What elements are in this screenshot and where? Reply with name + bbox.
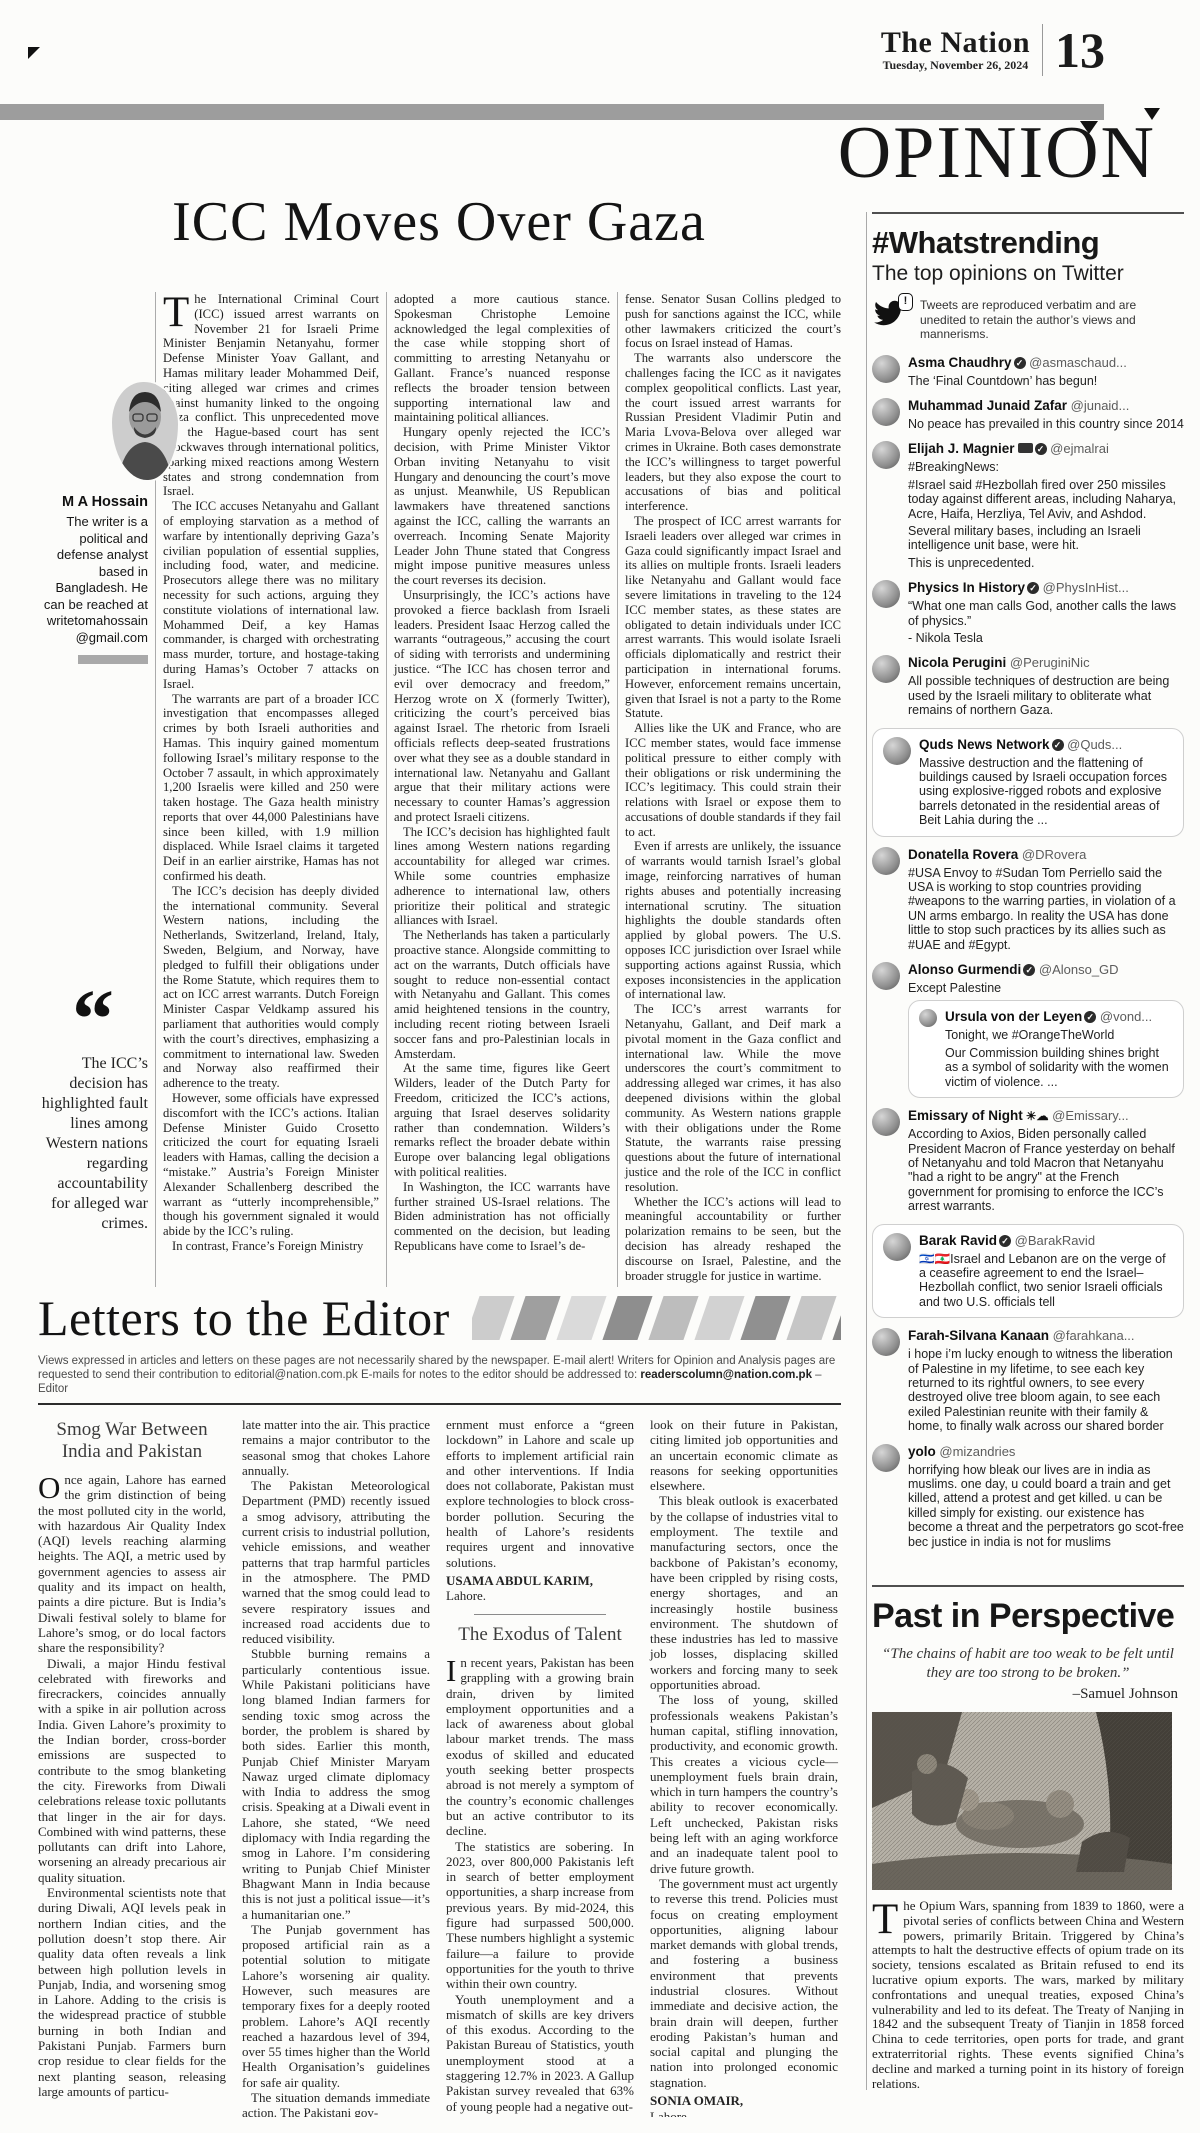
author-bio: The writer is a political and defense an… [38,514,148,646]
verified-icon: ✓ [1023,964,1035,976]
tweet-author-name: Emissary of Night [908,1108,1023,1123]
tweet-handle: @Emissary... [1049,1108,1129,1123]
stripe-decoration [740,1296,790,1340]
tweet-author: Physics In History✓ @PhysInHist... [908,580,1184,596]
verified-icon: ✓ [1084,1011,1096,1023]
tweet-body: Farah-Silvana Kanaan @farahkana...i hope… [908,1328,1184,1433]
tweet-handle: @PeruginiNic [1006,655,1089,670]
letter-paragraph: The Pakistan Meteorological Department (… [242,1478,430,1646]
letters-section: Letters to the Editor Views expressed in… [38,1290,841,2117]
tweet: Elijah J. Magnier✓ @ejmalrai#BreakingNew… [872,441,1184,570]
letters-column: late matter into the air. This practice … [242,1417,430,2117]
column-divider [386,292,387,1287]
tweet-author-name: Barak Ravid [919,1233,997,1248]
tweet-author: Muhammad Junaid Zafar @junaid... [908,398,1184,414]
signature-place: Lahore. [650,2109,690,2117]
stripe-decoration [648,1296,698,1340]
tweet-handle: @junaid... [1067,398,1129,413]
drop-cap: T [872,1899,903,1938]
stripe-decoration [694,1296,744,1340]
exclamation-bubble-icon: ! [898,293,913,311]
author-portrait-illustration [112,382,178,480]
tweet-author-name: Donatella Rovera [908,847,1018,862]
section-title-text: OPINION [838,112,1156,194]
tweet-text: According to Axios, Biden personally cal… [908,1127,1184,1213]
article-paragraph: The warrants are part of a broader ICC i… [163,692,379,884]
letter-paragraph: In recent years, Pakistan has been grapp… [446,1655,634,1839]
tweet-author-name: Quds News Network [919,737,1050,752]
tweet-author: Elijah J. Magnier✓ @ejmalrai [908,441,1184,457]
letters-title: Letters to the Editor [38,1290,450,1346]
historical-illustration [872,1712,1172,1890]
tweet-author-name: Asma Chaudhry [908,355,1012,370]
tweet-text: Our Commission building shines bright as… [945,1046,1173,1089]
tweet-author: Donatella Rovera @DRovera [908,847,1184,863]
tweet-card: Barak Ravid✓ @BarakRavid🇮🇱🇱🇧Israel and L… [872,1224,1184,1319]
tweet-body: Donatella Rovera @DRovera#USA Envoy to #… [908,847,1184,952]
quoted-tweet: Ursula von der Leyen✓ @vond...Tonight, w… [919,1009,1173,1089]
letter-paragraph: The Punjab government has proposed artif… [242,1922,430,2090]
tweet-text: Several military bases, including an Isr… [908,524,1184,553]
tweet-author: Alonso Gurmendi✓ @Alonso_GD [908,962,1184,978]
whatstrending-title: #Whatstrending [872,226,1184,260]
tweet-text: #Israel said #Hezbollah fired over 250 m… [908,478,1184,521]
signature-place: Lahore. [446,1588,486,1603]
letter-paragraph: look on their future in Pakistan, citing… [650,1417,838,1493]
avatar [872,355,900,383]
letter-paragraph: The government must act urgently to reve… [650,1876,838,2090]
tweet-body: Physics In History✓ @PhysInHist...“What … [908,580,1184,645]
paper-name: The Nation [881,28,1030,58]
tweet-author: Farah-Silvana Kanaan @farahkana... [908,1328,1184,1344]
article-paragraph: fense. Senator Susan Collins pledged to … [625,292,841,351]
article-paragraph: Even if arrests are unlikely, the issuan… [625,839,841,1002]
film-camera-icon [1018,443,1033,453]
author-column: M A Hossain The writer is a political an… [38,292,148,1287]
letters-column: ernment must enforce a “green lockdown” … [446,1417,634,2117]
tweet-text: The ‘Final Countdown’ has begun! [908,374,1184,388]
article-paragraph: Whether the ICC’s actions will lead to m… [625,1195,841,1284]
article-paragraph: The ICC’s decision has highlighted fault… [394,825,610,929]
tweet-body: Quds News Network✓ @Quds...Massive destr… [919,737,1173,828]
article-paragraph: The ICC accuses Netanyahu and Gallant of… [163,499,379,691]
tweet-text: - Nikola Tesla [908,631,1184,645]
weather-icons: ☀☁ [1026,1109,1049,1123]
letters-disclaimer: Views expressed in articles and letters … [38,1354,841,1396]
avatar [872,441,900,469]
article-paragraph: In Washington, the ICC warrants have fur… [394,1180,610,1254]
letter-title: The Exodus of Talent [454,1624,626,1646]
tweet: Nicola Perugini @PeruginiNicAll possible… [872,655,1184,717]
tweet-text: i hope i’m lucky enough to witness the l… [908,1347,1184,1433]
tweet-author-name: Muhammad Junaid Zafar [908,398,1067,413]
article-paragraph: The International Criminal Court (ICC) i… [163,292,379,499]
tweet: Farah-Silvana Kanaan @farahkana...i hope… [872,1328,1184,1433]
avatar [872,847,900,875]
tweet-author: Ursula von der Leyen✓ @vond... [945,1009,1173,1025]
author-photo [112,382,178,480]
tweet-card: Quds News Network✓ @Quds...Massive destr… [872,728,1184,837]
tweet: Muhammad Junaid Zafar @junaid...No peace… [872,398,1184,431]
tweet-author: Quds News Network✓ @Quds... [919,737,1173,753]
article-columns: The International Criminal Court (ICC) i… [163,292,841,1287]
avatar [883,1233,911,1261]
article-paragraph: Hungary openly rejected the ICC’s decisi… [394,425,610,588]
article-paragraph: The ICC’s decision has deeply divided th… [163,884,379,1091]
tweet-handle: @ejmalrai [1047,441,1109,456]
article-paragraph: In contrast, France’s Foreign Ministry [163,1239,379,1254]
past-in-perspective-section: Past in Perspective “The chains of habit… [872,1585,1184,2091]
perspective-body: The Opium Wars, spanning from 1839 to 18… [872,1899,1184,2091]
quote-icon: “ [38,994,148,1046]
letter-paragraph: Stubble burning remains a particularly c… [242,1646,430,1921]
tweet-body: Muhammad Junaid Zafar @junaid...No peace… [908,398,1184,431]
article-paragraph: The warrants also underscore the challen… [625,351,841,514]
avatar [872,962,900,990]
newspaper-page: The Nation Tuesday, November 26, 2024 13… [0,0,1200,2133]
article-paragraph: The ICC’s arrest warrants for Netanyahu,… [625,1002,841,1194]
article-paragraph: Unsurprisingly, the ICC’s actions have p… [394,588,610,825]
letter-paragraph: This bleak outlook is exacerbated by the… [650,1493,838,1692]
tweet-author: Barak Ravid✓ @BarakRavid [919,1233,1173,1249]
tweet-author-name: Alonso Gurmendi [908,962,1021,977]
tweet-author: Emissary of Night☀☁ @Emissary... [908,1108,1184,1124]
tweet: yolo @mizandrieshorrifying how bleak our… [872,1444,1184,1549]
article-paragraph: However, some officials have expressed d… [163,1091,379,1239]
avatar [872,1108,900,1136]
tweet-text: This is unprecedented. [908,556,1184,570]
tweet-body: Asma Chaudhry✓ @asmaschaud...The ‘Final … [908,355,1184,388]
letter-paragraph: Once again, Lahore has earned the grim d… [38,1472,226,1656]
verified-icon: ✓ [1035,443,1047,455]
letter-divider [474,1614,606,1615]
tweet: Donatella Rovera @DRovera#USA Envoy to #… [872,847,1184,952]
stripe-decoration [786,1296,836,1340]
verified-icon: ✓ [1014,357,1026,369]
tweet-handle: @asmaschaud... [1026,355,1127,370]
tweet: Alonso Gurmendi✓ @Alonso_GDExcept Palest… [872,962,1184,1098]
avatar [919,1009,937,1027]
stripes-decoration [472,1296,841,1340]
signature-name: USAMA ABDUL KARIM, [446,1573,593,1588]
tweet: Quds News Network✓ @Quds...Massive destr… [883,737,1173,828]
article-body: M A Hossain The writer is a political an… [38,292,841,1287]
whatstrending-sidebar: #Whatstrending The top opinions on Twitt… [872,212,1184,1586]
tweet-author-name: Nicola Perugini [908,655,1006,670]
tweet: Emissary of Night☀☁ @Emissary...Accordin… [872,1108,1184,1213]
verified-icon: ✓ [999,1235,1011,1247]
tweet-body: Barak Ravid✓ @BarakRavid🇮🇱🇱🇧Israel and L… [919,1233,1173,1310]
tweet-author-name: Farah-Silvana Kanaan [908,1328,1049,1343]
tweet-author-name: Physics In History [908,580,1025,595]
corner-mark-icon [28,47,40,59]
masthead: The Nation Tuesday, November 26, 2024 13 [881,24,1105,76]
avatar [872,1328,900,1356]
tweet-text: No peace has prevailed in this country s… [908,417,1184,431]
twitter-bird-icon: ! [872,298,910,332]
letter-paragraph: ernment must enforce a “green lockdown” … [446,1417,634,1570]
avatar [872,1444,900,1472]
stripe-decoration [472,1296,515,1340]
tweet-handle: @mizandries [936,1444,1016,1459]
tweet-text: Tonight, we #OrangeTheWorld [945,1028,1173,1042]
tweet-text: Massive destruction and the flattening o… [919,756,1173,828]
drop-cap: I [446,1655,460,1684]
letter-paragraph: Diwali, a major Hindu festival celebrate… [38,1656,226,1885]
tweet-handle: @BarakRavid [1011,1233,1095,1248]
perspective-quote: “The chains of habit are too weak to be … [876,1645,1180,1683]
author-name: M A Hossain [38,494,148,510]
stripe-decoration [602,1296,652,1340]
tweet-text: All possible techniques of destruction a… [908,674,1184,717]
tweet-text: Except Palestine [908,981,1184,995]
avatar [883,737,911,765]
letter-paragraph: The statistics are sobering. In 2023, ov… [446,1839,634,1992]
vertical-divider [866,212,867,2090]
tweet-author: Nicola Perugini @PeruginiNic [908,655,1184,671]
tweet-text: #BreakingNews: [908,460,1184,474]
letter-signature: SONIA OMAIR,Lahore. [650,2093,838,2117]
tweet-handle: @DRovera [1018,847,1086,862]
past-in-perspective-title: Past in Perspective [872,1597,1184,1635]
whatstrending-note-text: Tweets are reproduced verbatim and are u… [920,298,1162,342]
letter-paragraph: Youth unemployment and a mismatch of ski… [446,1992,634,2114]
tweet-text: 🇮🇱🇱🇧Israel and Lebanon are on the verge … [919,1252,1173,1310]
pull-quote-text: The ICC’s decision has highlighted fault… [38,1054,148,1234]
drop-cap: O [38,1472,64,1501]
tweet-handle: @farahkana... [1049,1328,1134,1343]
tweet-list: Asma Chaudhry✓ @asmaschaud...The ‘Final … [872,355,1184,1550]
letter-signature: USAMA ABDUL KARIM,Lahore. [446,1573,634,1604]
tweet: Barak Ravid✓ @BarakRavid🇮🇱🇱🇧Israel and L… [883,1233,1173,1310]
pull-quote: “ The ICC’s decision has highlighted fau… [38,994,148,1234]
letter-title: Smog War Between India and Pakistan [46,1419,218,1463]
letters-column: Smog War Between India and PakistanOnce … [38,1417,226,2117]
tweet: Physics In History✓ @PhysInHist...“What … [872,580,1184,645]
article-column: adopted a more cautious stance. Spokesma… [394,292,610,1287]
tweet-body: Ursula von der Leyen✓ @vond...Tonight, w… [945,1009,1173,1089]
article-paragraph: At the same time, figures like Geert Wil… [394,1061,610,1179]
verified-icon: ✓ [1027,582,1039,594]
quoted-tweet-card: Ursula von der Leyen✓ @vond...Tonight, w… [908,1000,1184,1098]
section-title: OPINION [838,114,1156,192]
article-paragraph: Allies like the UK and France, who are I… [625,721,841,839]
disclaimer-email: readerscolumn@nation.com.pk [640,1369,812,1381]
tweet-body: Emissary of Night☀☁ @Emissary...Accordin… [908,1108,1184,1213]
letter-paragraph: The loss of young, skilled professionals… [650,1692,838,1876]
article-paragraph: adopted a more cautious stance. Spokesma… [394,292,610,425]
letters-column: look on their future in Pakistan, citing… [650,1417,838,2117]
page-number: 13 [1042,24,1105,76]
letters-columns: Smog War Between India and PakistanOnce … [38,1417,841,2117]
signature-name: SONIA OMAIR, [650,2093,743,2108]
avatar [872,655,900,683]
perspective-quote-attribution: –Samuel Johnson [872,1685,1178,1703]
whatstrending-subtitle: The top opinions on Twitter [872,262,1184,286]
tweet-handle: @vond... [1096,1009,1152,1024]
tweet-body: Nicola Perugini @PeruginiNicAll possible… [908,655,1184,717]
triangle-accent-icon [1144,108,1160,120]
avatar [872,398,900,426]
article-column: fense. Senator Susan Collins pledged to … [625,292,841,1287]
letter-paragraph: Environmental scientists note that durin… [38,1885,226,2099]
tweet: Asma Chaudhry✓ @asmaschaud...The ‘Final … [872,355,1184,388]
drop-cap: T [163,292,194,331]
article-headline: ICC Moves Over Gaza [38,192,840,252]
article-column: The International Criminal Court (ICC) i… [163,292,379,1287]
tweet-author-name: Ursula von der Leyen [945,1009,1082,1024]
tweet-body: Elijah J. Magnier✓ @ejmalrai#BreakingNew… [908,441,1184,570]
tweet-author: yolo @mizandries [908,1444,1184,1460]
article-paragraph: The Netherlands has taken a particularly… [394,928,610,1061]
tweet-handle: @Quds... [1064,737,1123,752]
tweet-text: “What one man calls God, another calls t… [908,599,1184,628]
article-paragraph: The prospect of ICC arrest warrants for … [625,514,841,721]
tweet-text: horrifying how bleak our lives are in in… [908,1463,1184,1549]
tweet-author-name: yolo [908,1444,936,1459]
horizontal-rule [38,1403,841,1405]
column-divider [617,292,618,1287]
tweet-author-name: Elijah J. Magnier [908,441,1015,456]
issue-date: Tuesday, November 26, 2024 [881,58,1030,73]
tweet-author: Asma Chaudhry✓ @asmaschaud... [908,355,1184,371]
tweet-body: yolo @mizandrieshorrifying how bleak our… [908,1444,1184,1549]
tweet-body: Alonso Gurmendi✓ @Alonso_GDExcept Palest… [908,962,1184,1098]
tweet-handle: @Alonso_GD [1035,962,1118,977]
tweet-handle: @PhysInHist... [1039,580,1129,595]
letter-paragraph: The situation demands immediate action. … [242,2090,430,2117]
letter-paragraph: late matter into the air. This practice … [242,1417,430,1478]
tweet-text: #USA Envoy to #Sudan Tom Perriello said … [908,866,1184,952]
avatar [872,580,900,608]
divider-bar [78,655,148,664]
stripe-decoration [556,1296,606,1340]
whatstrending-note: ! Tweets are reproduced verbatim and are… [872,298,1184,342]
stripe-decoration [510,1296,560,1340]
verified-icon: ✓ [1052,739,1064,751]
